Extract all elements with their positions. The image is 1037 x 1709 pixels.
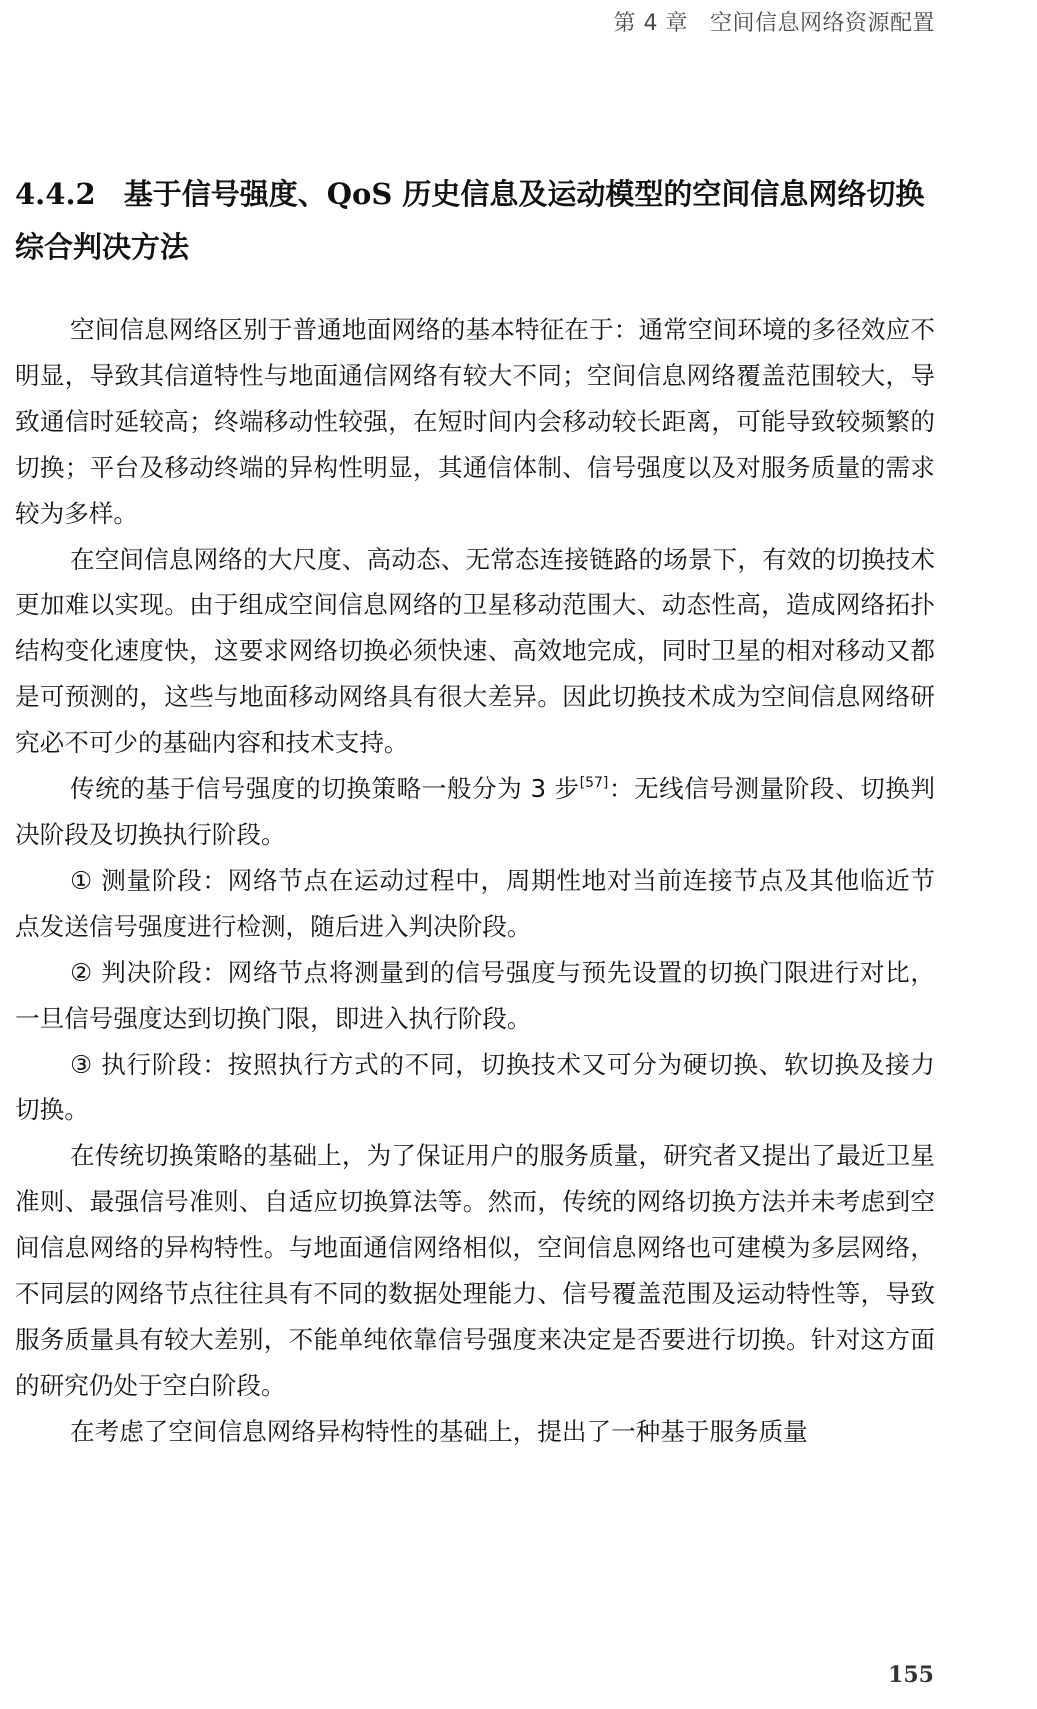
chapter-number: 第 4 章	[614, 11, 688, 36]
section-number: 4.4.2	[15, 177, 96, 211]
paragraph-1: 空间信息网络区别于普通地面网络的基本特征在于：通常空间环境的多径效应不明显，导致…	[15, 307, 935, 537]
paragraph-3-text-before: 传统的基于信号强度的切换策略一般分为 3 步	[70, 774, 580, 803]
list-item-execution: ③ 执行阶段：按照执行方式的不同，切换技术又可分为硬切换、软切换及接力切换。	[15, 1042, 935, 1134]
body-text: 空间信息网络区别于普通地面网络的基本特征在于：通常空间环境的多径效应不明显，导致…	[15, 307, 935, 1455]
paragraph-2: 在空间信息网络的大尺度、高动态、无常态连接链路的场景下，有效的切换技术更加难以实…	[15, 537, 935, 767]
citation-57: [57]	[580, 775, 609, 791]
list-item-decision: ② 判决阶段：网络节点将测量到的信号强度与预先设置的切换门限进行对比，一旦信号强…	[15, 950, 935, 1042]
list-item-measurement: ① 测量阶段：网络节点在运动过程中，周期性地对当前连接节点及其他临近节点发送信号…	[15, 858, 935, 950]
paragraph-3: 传统的基于信号强度的切换策略一般分为 3 步[57]：无线信号测量阶段、切换判决…	[15, 766, 935, 858]
running-header: 第 4 章空间信息网络资源配置	[614, 6, 936, 37]
chapter-title: 空间信息网络资源配置	[710, 11, 935, 36]
section-title-text: 基于信号强度、QoS 历史信息及运动模型的空间信息网络切换综合判决方法	[15, 177, 924, 264]
section-heading: 4.4.2基于信号强度、QoS 历史信息及运动模型的空间信息网络切换综合判决方法	[15, 168, 940, 274]
page-number: 155	[888, 1662, 934, 1688]
paragraph-8: 在考虑了空间信息网络异构特性的基础上，提出了一种基于服务质量	[15, 1409, 935, 1455]
paragraph-7: 在传统切换策略的基础上，为了保证用户的服务质量，研究者又提出了最近卫星准则、最强…	[15, 1133, 935, 1408]
